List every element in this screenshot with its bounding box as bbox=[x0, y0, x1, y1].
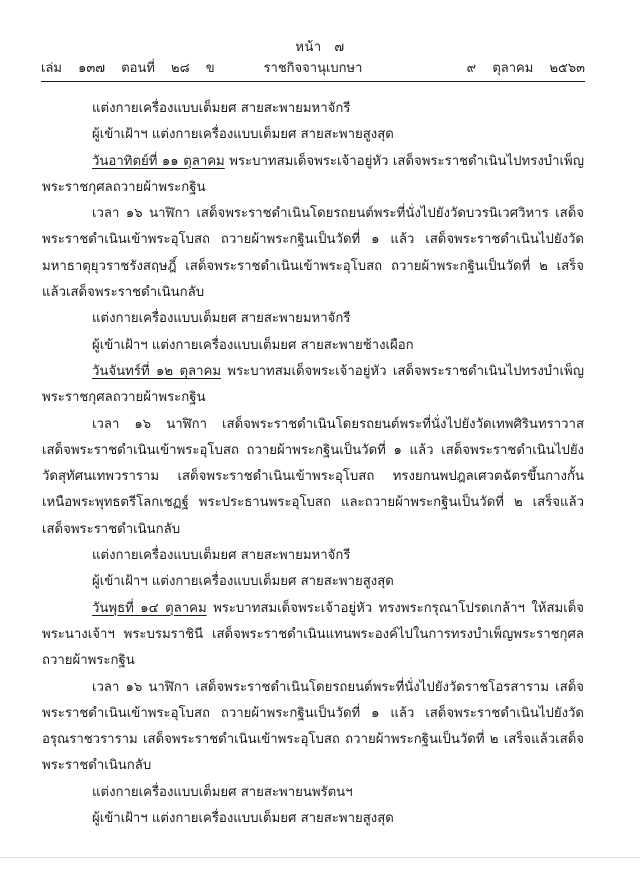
running-header: เล่ม ๑๓๗ ตอนที่ ๒๘ ข ราชกิจจานุเบกษา ๙ ต… bbox=[41, 57, 585, 77]
page-bottom-edge bbox=[0, 857, 640, 858]
page-label: หน้า bbox=[295, 40, 321, 55]
attire-paragraph: แต่งกายเครื่องแบบเต็มยศ สายสะพายมหาจักรี bbox=[42, 543, 584, 569]
schedule-paragraph: เวลา ๑๖ นาฬิกา เสด็จพระราชดำเนินโดยรถยนต… bbox=[42, 412, 584, 543]
page-number-value: ๗ bbox=[334, 40, 344, 55]
day-entry-sunday: วันอาทิตย์ที่ ๑๑ ตุลาคม พระบาทสมเด็จพระเ… bbox=[42, 149, 584, 202]
schedule-paragraph: เวลา ๑๖ นาฬิกา เสด็จพระราชดำเนินโดยรถยนต… bbox=[42, 675, 584, 780]
date-year: ๒๕๖๓ bbox=[549, 61, 585, 76]
attendees-paragraph: ผู้เข้าเฝ้าฯ แต่งกายเครื่องแบบเต็มยศ สาย… bbox=[42, 569, 584, 595]
attendees-paragraph: ผู้เข้าเฝ้าฯ แต่งกายเครื่องแบบเต็มยศ สาย… bbox=[42, 333, 584, 359]
day-entry-monday: วันจันทร์ที่ ๑๒ ตุลาคม พระบาทสมเด็จพระเจ… bbox=[42, 359, 584, 412]
page-number: หน้า ๗ bbox=[0, 36, 640, 57]
date-month: ตุลาคม bbox=[492, 61, 533, 76]
day-heading: วันอาทิตย์ที่ ๑๑ ตุลาคม bbox=[92, 154, 225, 169]
attire-paragraph: แต่งกายเครื่องแบบเต็มยศ สายสะพายมหาจักรี bbox=[42, 96, 584, 122]
attendees-paragraph: ผู้เข้าเฝ้าฯ แต่งกายเครื่องแบบเต็มยศ สาย… bbox=[42, 806, 584, 832]
day-heading: วันพุธที่ ๑๔ ตุลาคม bbox=[92, 601, 207, 616]
header-divider bbox=[41, 81, 585, 82]
date-day: ๙ bbox=[467, 61, 477, 76]
publication-date: ๙ ตุลาคม ๒๕๖๓ bbox=[455, 57, 585, 78]
attendees-paragraph: ผู้เข้าเฝ้าฯ แต่งกายเครื่องแบบเต็มยศ สาย… bbox=[42, 122, 584, 148]
document-body: แต่งกายเครื่องแบบเต็มยศ สายสะพายมหาจักรี… bbox=[42, 96, 584, 832]
attire-paragraph: แต่งกายเครื่องแบบเต็มยศ สายสะพายมหาจักรี bbox=[42, 306, 584, 332]
day-entry-wednesday: วันพุธที่ ๑๔ ตุลาคม พระบาทสมเด็จพระเจ้าอ… bbox=[42, 596, 584, 675]
attire-paragraph: แต่งกายเครื่องแบบเต็มยศ สายสะพายนพรัตนฯ bbox=[42, 780, 584, 806]
day-heading: วันจันทร์ที่ ๑๒ ตุลาคม bbox=[92, 364, 221, 379]
schedule-paragraph: เวลา ๑๖ นาฬิกา เสด็จพระราชดำเนินโดยรถยนต… bbox=[42, 201, 584, 306]
